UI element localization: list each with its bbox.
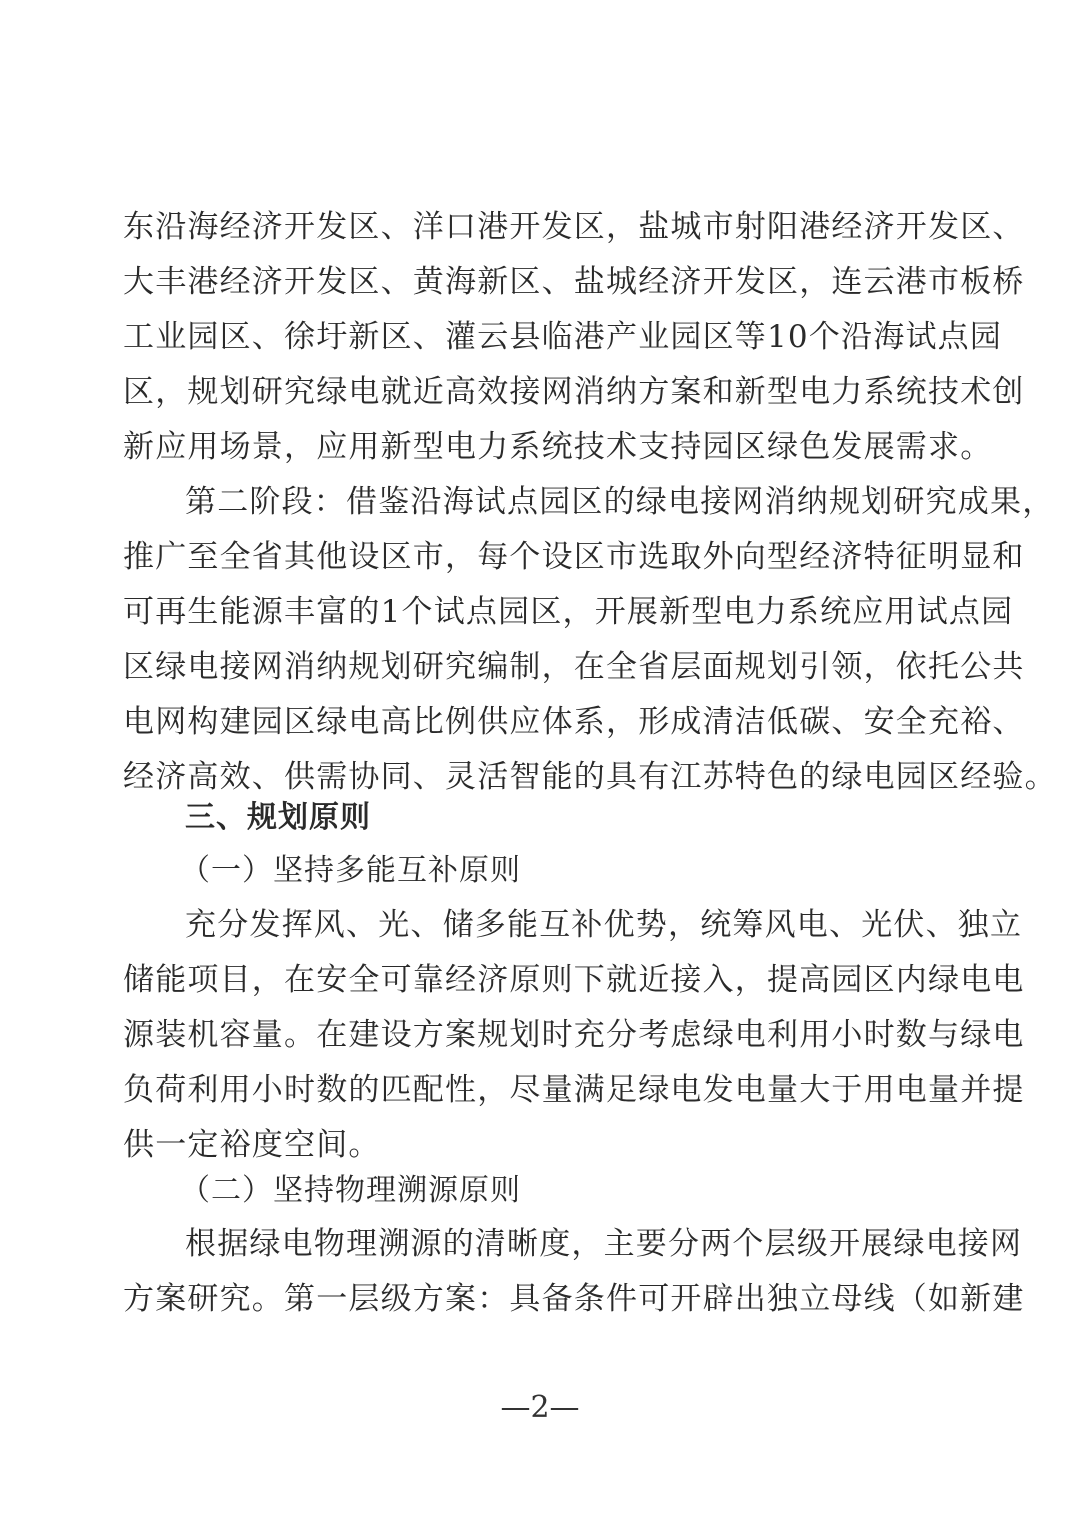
section-heading: 三、规划原则 bbox=[185, 798, 371, 838]
paragraph-line: 充分发挥风、光、储多能互补优势，统筹风电、光伏、独立 bbox=[185, 905, 953, 945]
paragraph-line: 大丰港经济开发区、黄海新区、盐城经济开发区，连云港市板桥 bbox=[123, 262, 953, 302]
paragraph-line: 工业园区、徐圩新区、灌云县临港产业园区等10个沿海试点园 bbox=[123, 317, 953, 357]
paragraph-line: 方案研究。第一层级方案：具备条件可开辟出独立母线（如新建 bbox=[123, 1279, 953, 1319]
paragraph-line: 负荷利用小时数的匹配性，尽量满足绿电发电量大于用电量并提 bbox=[123, 1070, 953, 1110]
paragraph-line: 区，规划研究绿电就近高效接网消纳方案和新型电力系统技术创 bbox=[123, 372, 953, 412]
paragraph-line: 推广至全省其他设区市，每个设区市选取外向型经济特征明显和 bbox=[123, 537, 953, 577]
paragraph-line: 区绿电接网消纳规划研究编制，在全省层面规划引领，依托公共 bbox=[123, 647, 953, 687]
page-number: —2— bbox=[0, 1388, 1080, 1428]
paragraph-line: 经济高效、供需协同、灵活智能的具有江苏特色的绿电园区经验。 bbox=[123, 757, 953, 797]
paragraph-line: 电网构建园区绿电高比例供应体系，形成清洁低碳、安全充裕、 bbox=[123, 702, 953, 742]
paragraph-line: 第二阶段：借鉴沿海试点园区的绿电接网消纳规划研究成果， bbox=[185, 482, 953, 522]
paragraph-line: 源装机容量。在建设方案规划时充分考虑绿电利用小时数与绿电 bbox=[123, 1015, 953, 1055]
subsection-title: （二）坚持物理溯源原则 bbox=[180, 1171, 521, 1211]
subsection-title: （一）坚持多能互补原则 bbox=[180, 851, 521, 891]
paragraph-line: 新应用场景，应用新型电力系统技术支持园区绿色发展需求。 bbox=[123, 427, 953, 467]
paragraph-line: 可再生能源丰富的1个试点园区，开展新型电力系统应用试点园 bbox=[123, 592, 953, 632]
paragraph-line: 根据绿电物理溯源的清晰度，主要分两个层级开展绿电接网 bbox=[185, 1224, 953, 1264]
document-page: 东沿海经济开发区、洋口港开发区，盐城市射阳港经济开发区、 大丰港经济开发区、黄海… bbox=[0, 0, 1080, 1526]
paragraph-line: 供一定裕度空间。 bbox=[123, 1125, 953, 1165]
paragraph-line: 储能项目，在安全可靠经济原则下就近接入，提高园区内绿电电 bbox=[123, 960, 953, 1000]
paragraph-line: 东沿海经济开发区、洋口港开发区，盐城市射阳港经济开发区、 bbox=[123, 207, 953, 247]
